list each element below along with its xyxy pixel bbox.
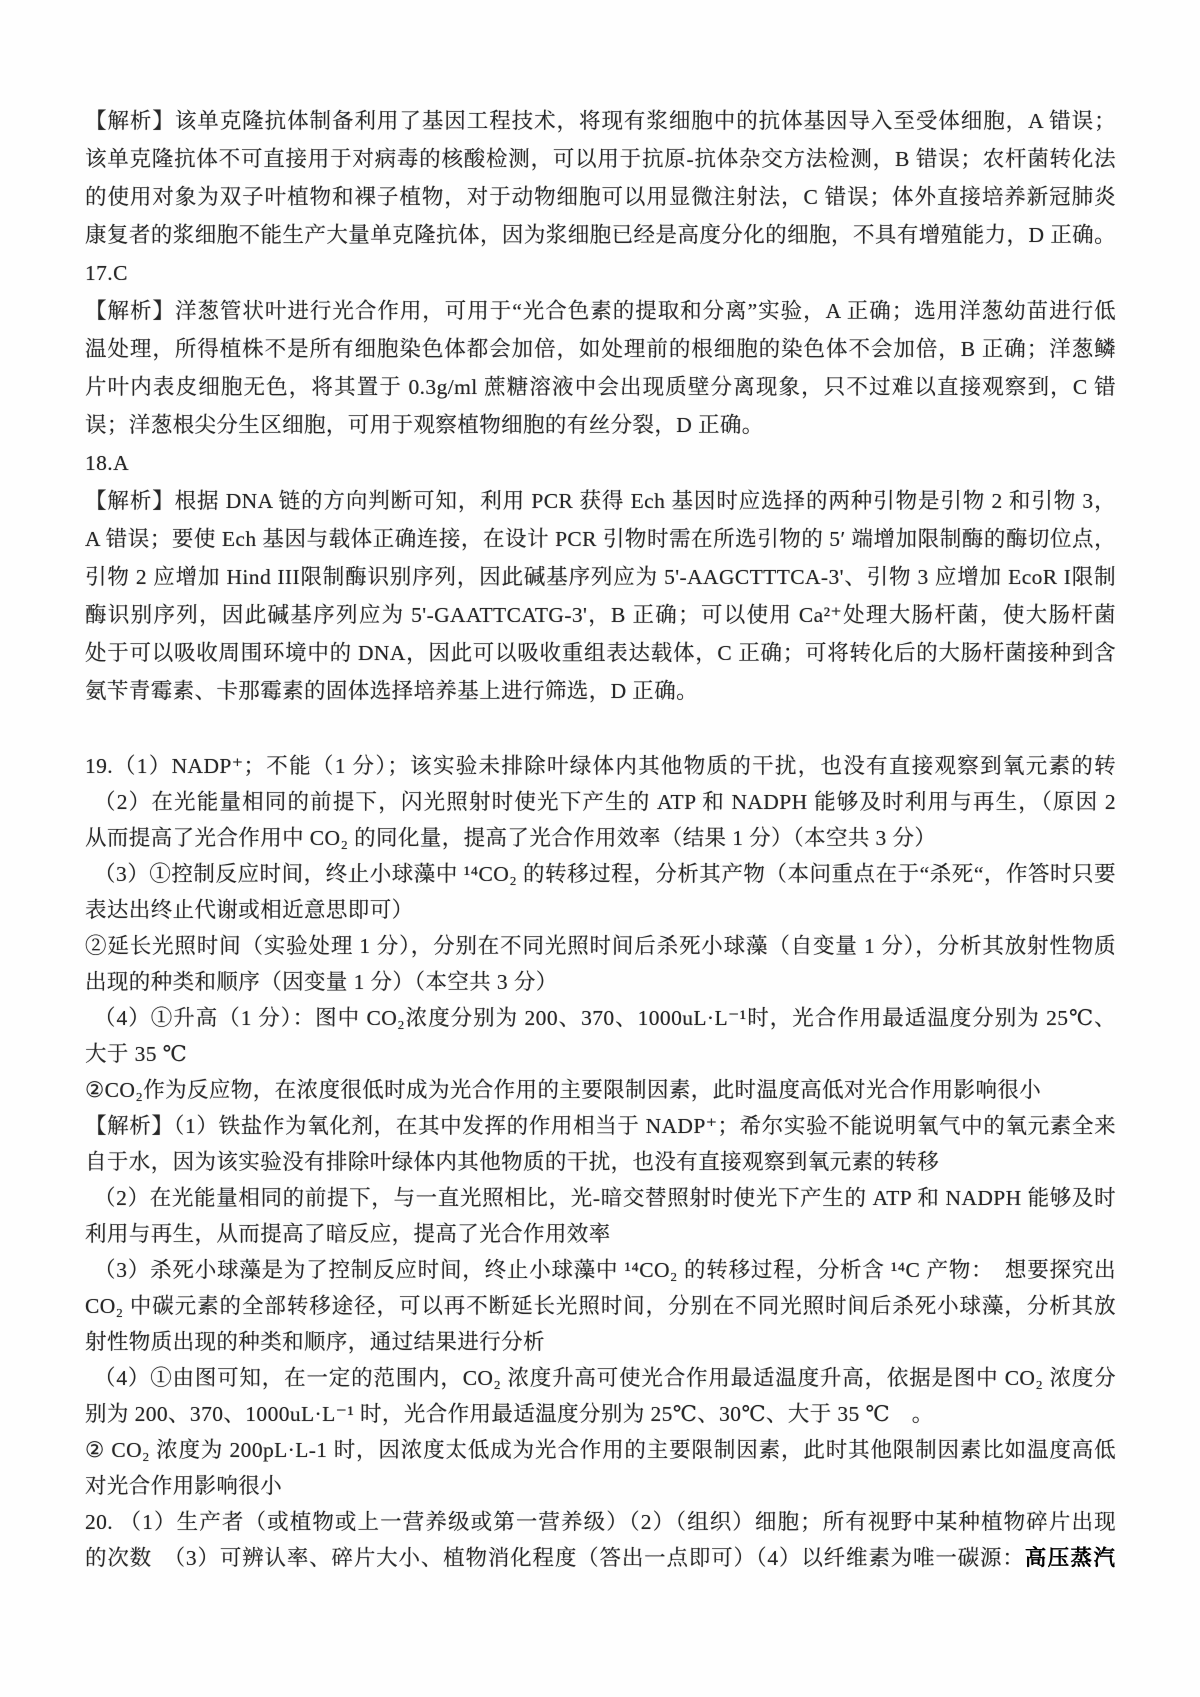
line-text: （3）①控制反应时间，终止小球藻中 ¹⁴CO₂ 的转移过程，分析其产物（本问重点…	[94, 862, 1116, 886]
text-line: 温处理，所得植株不是所有细胞染色体都会加倍，如处理前的根细胞的染色体不会加倍，B…	[85, 330, 1116, 368]
line-text: 【解析】洋葱管状叶进行光合作用，可用于“光合色素的提取和分离”实验，A 正确；选…	[85, 299, 1116, 323]
text-line: 【解析】洋葱管状叶进行光合作用，可用于“光合色素的提取和分离”实验，A 正确；选…	[85, 292, 1116, 330]
text-line: 对光合作用影响很小	[85, 1468, 1116, 1504]
line-text: 处于可以吸收周围环境中的 DNA，因此可以吸收重组表达载体，C 正确；可将转化后…	[85, 641, 1116, 665]
text-line: ② CO₂ 浓度为 200pL·L-1 时，因浓度太低成为光合作用的主要限制因素…	[85, 1432, 1116, 1468]
line-text: 对光合作用影响很小	[85, 1474, 282, 1498]
text-line: ②延长光照时间（实验处理 1 分），分别在不同光照时间后杀死小球藻（自变量 1 …	[85, 928, 1116, 964]
line-text: 的使用对象为双子叶植物和裸子植物，对于动物细胞可以用显微注射法，C 错误；体外直…	[85, 185, 1116, 209]
text-line: （2）在光能量相同的前提下，与一直光照相比，光-暗交替照射时使光下产生的 ATP…	[85, 1180, 1116, 1216]
text-line: 表达出终止代谢或相近意思即可）	[85, 892, 1116, 928]
line-text: 误；洋葱根尖分生区细胞，可用于观察植物细胞的有丝分裂，D 正确。	[85, 413, 764, 437]
text-line: 误；洋葱根尖分生区细胞，可用于观察植物细胞的有丝分裂，D 正确。	[85, 406, 1116, 444]
text-line: （3）①控制反应时间，终止小球藻中 ¹⁴CO₂ 的转移过程，分析其产物（本问重点…	[85, 856, 1116, 892]
text-line: （4）①升高（1 分）：图中 CO₂浓度分别为 200、370、1000uL·L…	[85, 1000, 1116, 1036]
line-text: 引物 2 应增加 Hind III限制酶识别序列，因此碱基序列应为 5'-AAG…	[85, 565, 1116, 589]
text-line: 酶识别序列，因此碱基序列应为 5'-GAATTCATG-3'，B 正确；可以使用…	[85, 596, 1116, 634]
line-text: 大于 35 ℃	[85, 1042, 187, 1066]
text-line: 利用与再生，从而提高了暗反应，提高了光合作用效率	[85, 1216, 1116, 1252]
line-text: 康复者的浆细胞不能生产大量单克隆抗体，因为浆细胞已经是高度分化的细胞，不具有增殖…	[85, 223, 1116, 247]
text-line: A 错误；要使 Ech 基因与载体正确连接，在设计 PCR 引物时需在所选引物的…	[85, 520, 1116, 558]
line-text: 19.（1）NADP⁺；不能（1 分）；该实验未排除叶绿体内其他物质的干扰，也没…	[85, 754, 1116, 784]
line-text: 从而提高了光合作用中 CO₂ 的同化量，提高了光合作用效率（结果 1 分）（本空…	[85, 826, 936, 850]
text-line: 出现的种类和顺序（因变量 1 分）（本空共 3 分）	[85, 964, 1116, 1000]
text-line: 处于可以吸收周围环境中的 DNA，因此可以吸收重组表达载体，C 正确；可将转化后…	[85, 634, 1116, 672]
text-line: 引物 2 应增加 Hind III限制酶识别序列，因此碱基序列应为 5'-AAG…	[85, 558, 1116, 596]
text-line: （4）①由图可知，在一定的范围内，CO₂ 浓度升高可使光合作用最适温度升高，依据…	[85, 1360, 1116, 1396]
text-line: （3）杀死小球藻是为了控制反应时间，终止小球藻中 ¹⁴CO₂ 的转移过程，分析含…	[85, 1252, 1116, 1288]
text-line: 别为 200、370、1000uL·L⁻¹ 时，光合作用最适温度分别为 25℃、…	[85, 1396, 1116, 1432]
line-text: 出现的种类和顺序（因变量 1 分）（本空共 3 分）	[85, 970, 558, 994]
line-text: 20. （1）生产者（或植物或上一营养级或第一营养级）（2）（组织）细胞；所有视…	[85, 1510, 1116, 1534]
text-line: 【解析】该单克隆抗体制备利用了基因工程技术，将现有浆细胞中的抗体基因导入至受体细…	[85, 102, 1116, 140]
line-text: 【解析】（1）铁盐作为氧化剂，在其中发挥的作用相当于 NADP⁺；希尔实验不能说…	[85, 1114, 1116, 1138]
line-text: 利用与再生，从而提高了暗反应，提高了光合作用效率	[85, 1222, 611, 1246]
line-text: 别为 200、370、1000uL·L⁻¹ 时，光合作用最适温度分别为 25℃、…	[85, 1402, 934, 1426]
line-text: （4）①由图可知，在一定的范围内，CO₂ 浓度升高可使光合作用最适温度升高，依据…	[94, 1366, 1116, 1390]
line-text: （3）杀死小球藻是为了控制反应时间，终止小球藻中 ¹⁴CO₂ 的转移过程，分析含…	[94, 1258, 1116, 1282]
text-line: 18.A	[85, 444, 1116, 482]
line-text: 该单克隆抗体不可直接用于对病毒的核酸检测，可以用于抗原-抗体杂交方法检测，B 错…	[85, 147, 1116, 171]
text-line: 氨苄青霉素、卡那霉素的固体选择培养基上进行筛选，D 正确。	[85, 672, 1116, 710]
line-text: A 错误；要使 Ech 基因与载体正确连接，在设计 PCR 引物时需在所选引物的…	[85, 527, 1116, 551]
text-line: 康复者的浆细胞不能生产大量单克隆抗体，因为浆细胞已经是高度分化的细胞，不具有增殖…	[85, 216, 1116, 254]
line-text: 酶识别序列，因此碱基序列应为 5'-GAATTCATG-3'，B 正确；可以使用…	[85, 603, 1116, 627]
line-text: 氨苄青霉素、卡那霉素的固体选择培养基上进行筛选，D 正确。	[85, 679, 698, 703]
line-text: 自于水，因为该实验没有排除叶绿体内其他物质的干扰，也没有直接观察到氧元素的转移	[85, 1150, 939, 1174]
answer-block-19-20: 19.（1）NADP⁺；不能（1 分）；该实验未排除叶绿体内其他物质的干扰，也没…	[85, 748, 1116, 1576]
text-line: 【解析】（1）铁盐作为氧化剂，在其中发挥的作用相当于 NADP⁺；希尔实验不能说…	[85, 1108, 1116, 1144]
text-line: 射性物质出现的种类和顺序，通过结果进行分析	[85, 1324, 1116, 1360]
text-line: 自于水，因为该实验没有排除叶绿体内其他物质的干扰，也没有直接观察到氧元素的转移	[85, 1144, 1116, 1180]
line-text: 表达出终止代谢或相近意思即可）	[85, 898, 414, 922]
line-text: ②延长光照时间（实验处理 1 分），分别在不同光照时间后杀死小球藻（自变量 1 …	[85, 934, 1116, 958]
answer-block-16-18: 【解析】该单克隆抗体制备利用了基因工程技术，将现有浆细胞中的抗体基因导入至受体细…	[85, 102, 1116, 710]
line-text: 17.C	[85, 261, 128, 285]
line-text: 18.A	[85, 451, 129, 475]
line-text: 片叶内表皮细胞无色，将其置于 0.3g/ml 蔗糖溶液中会出现质壁分离现象，只不…	[85, 375, 1116, 399]
digital-annotation-text: 高压蒸汽	[1025, 1546, 1116, 1570]
line-text: CO₂ 中碳元素的全部转移途径，可以再不断延长光照时间，分别在不同光照时间后杀死…	[85, 1294, 1116, 1318]
line-text: ② CO₂ 浓度为 200pL·L-1 时，因浓度太低成为光合作用的主要限制因素…	[85, 1438, 1116, 1462]
text-line: 该单克隆抗体不可直接用于对病毒的核酸检测，可以用于抗原-抗体杂交方法检测，B 错…	[85, 140, 1116, 178]
text-line: 片叶内表皮细胞无色，将其置于 0.3g/ml 蔗糖溶液中会出现质壁分离现象，只不…	[85, 368, 1116, 406]
line-text: 【解析】根据 DNA 链的方向判断可知，利用 PCR 获得 Ech 基因时应选择…	[85, 489, 1116, 513]
line-text: （4）①升高（1 分）：图中 CO₂浓度分别为 200、370、1000uL·L…	[85, 1006, 1116, 1036]
text-line: 19.（1）NADP⁺；不能（1 分）；该实验未排除叶绿体内其他物质的干扰，也没…	[85, 748, 1116, 784]
line-text: （2）在光能量相同的前提下，闪光照射时使光下产生的 ATP 和 NADPH 能够…	[85, 790, 1116, 820]
text-line: 【解析】根据 DNA 链的方向判断可知，利用 PCR 获得 Ech 基因时应选择…	[85, 482, 1116, 520]
text-line: 大于 35 ℃	[85, 1036, 1116, 1072]
text-line: ②CO₂作为反应物，在浓度很低时成为光合作用的主要限制因素，此时温度高低对光合作…	[85, 1072, 1116, 1108]
line-text: 射性物质出现的种类和顺序，通过结果进行分析	[85, 1330, 545, 1354]
text-line: 20. （1）生产者（或植物或上一营养级或第一营养级）（2）（组织）细胞；所有视…	[85, 1504, 1116, 1540]
line-text: ②CO₂作为反应物，在浓度很低时成为光合作用的主要限制因素，此时温度高低对光合作…	[85, 1078, 1041, 1102]
line-text: （2）在光能量相同的前提下，与一直光照相比，光-暗交替照射时使光下产生的 ATP…	[94, 1186, 1116, 1210]
text-line: CO₂ 中碳元素的全部转移途径，可以再不断延长光照时间，分别在不同光照时间后杀死…	[85, 1288, 1116, 1324]
text-line: 从而提高了光合作用中 CO₂ 的同化量，提高了光合作用效率（结果 1 分）（本空…	[85, 820, 1116, 856]
text-line: 的使用对象为双子叶植物和裸子植物，对于动物细胞可以用显微注射法，C 错误；体外直…	[85, 178, 1116, 216]
text-line: 17.C	[85, 254, 1116, 292]
text-line: 的次数 （3）可辨认率、碎片大小、植物消化程度（答出一点即可）（4）以纤维素为唯…	[85, 1540, 1116, 1576]
line-text: 温处理，所得植株不是所有细胞染色体都会加倍，如处理前的根细胞的染色体不会加倍，B…	[85, 337, 1116, 361]
line-text: 的次数 （3）可辨认率、碎片大小、植物消化程度（答出一点即可）（4）以纤维素为唯…	[85, 1546, 1025, 1570]
line-text: 【解析】该单克隆抗体制备利用了基因工程技术，将现有浆细胞中的抗体基因导入至受体细…	[85, 109, 1116, 133]
text-line: （2）在光能量相同的前提下，闪光照射时使光下产生的 ATP 和 NADPH 能够…	[85, 784, 1116, 820]
document-page: 【解析】该单克隆抗体制备利用了基因工程技术，将现有浆细胞中的抗体基因导入至受体细…	[0, 0, 1200, 1697]
